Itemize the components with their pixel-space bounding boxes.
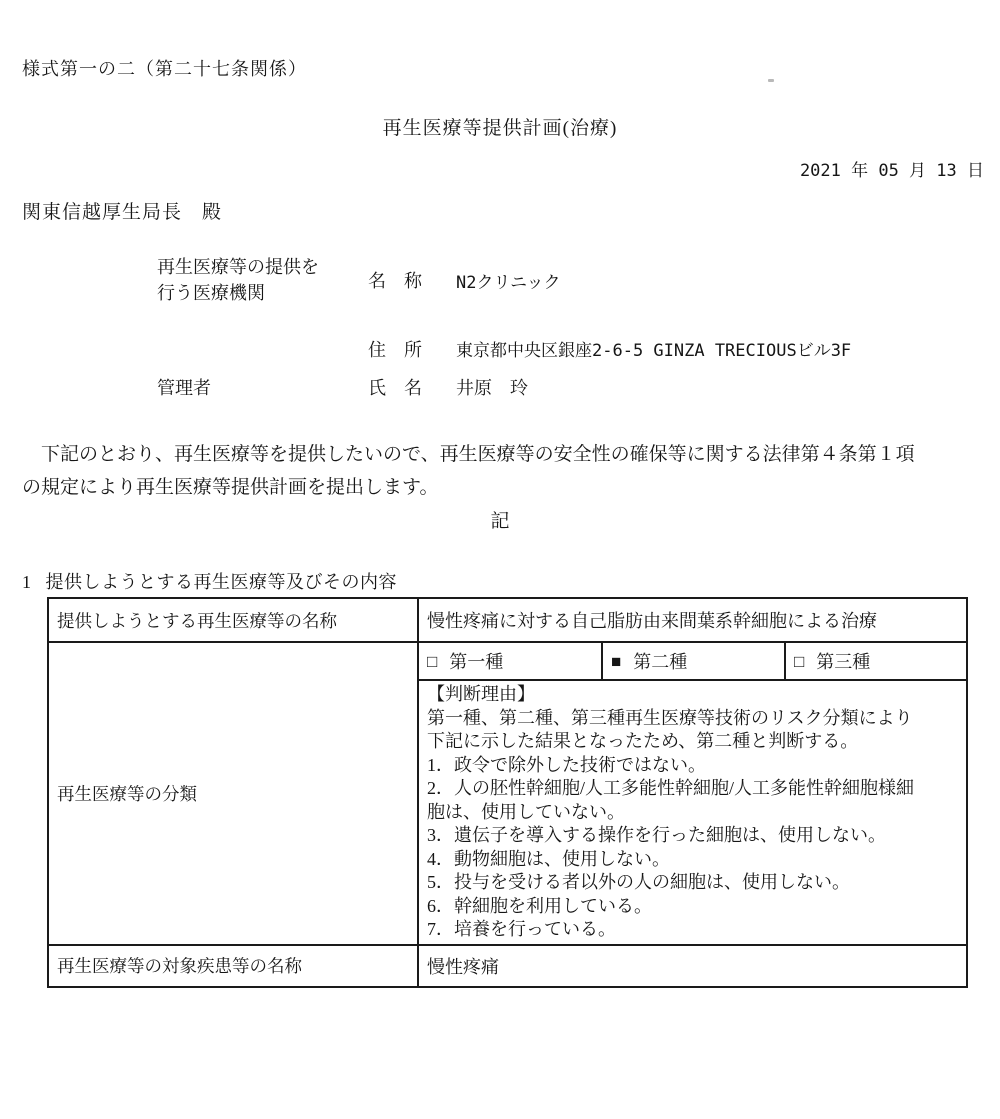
document-date: 2021 年 05 月 13 日 (800, 156, 984, 181)
class-option-type2: ■第二種 (602, 642, 785, 680)
checkbox-checked-icon: ■ (611, 652, 621, 672)
manager-label: 管理者 (157, 374, 368, 400)
judgment-line: 2．人の胚性幹細胞/人工多能性幹細胞/人工多能性幹細胞様細胞は、使用していない。 (427, 777, 915, 824)
checkbox-unchecked-icon: □ (794, 652, 804, 672)
disease-row-label: 再生医療等の対象疾患等の名称 (48, 945, 418, 987)
judgment-line: 5．投与を受ける者以外の人の細胞は、使用しない。 (427, 871, 915, 895)
class-option-type1: □第一種 (418, 642, 602, 680)
class-option-type3-label: 第三種 (816, 652, 870, 672)
manager-name-label: 氏 名 (368, 374, 456, 400)
class-option-type2-label: 第二種 (633, 652, 687, 672)
judgment-line: 第一種、第二種、第三種再生医療等技術のリスク分類により下記に示した結果となったた… (427, 707, 915, 754)
table-row-classification: 再生医療等の分類 □第一種 ■第二種 □第三種 (48, 642, 967, 680)
class-option-type1-label: 第一種 (449, 652, 503, 672)
address-label: 住 所 (368, 336, 456, 362)
section1-heading: 1提供しようとする再生医療等及びその内容 (22, 568, 397, 594)
judgment-line: 6．幹細胞を利用している。 (427, 895, 915, 919)
ki-heading: 記 (0, 506, 1000, 533)
judgment-line: 3．遺伝子を導入する操作を行った細胞は、使用しない。 (427, 824, 915, 848)
section1-number: 1 (22, 572, 32, 592)
institution-label-line2: 行う医療機関 (157, 280, 368, 306)
provider-info-block: 再生医療等の提供を 行う医療機関 名 称 N2クリニック 住 所 東京都中央区銀… (157, 254, 987, 400)
institution-label: 再生医療等の提供を 行う医療機関 (157, 254, 368, 306)
addressee-line: 関東信越厚生局長 殿 (22, 197, 222, 224)
judgment-line: 7．培養を行っている。 (427, 918, 915, 942)
judgment-cell: 【判断理由】 第一種、第二種、第三種再生医療等技術のリスク分類により下記に示した… (418, 680, 967, 945)
checkbox-unchecked-icon: □ (427, 652, 437, 672)
judgment-title: 【判断理由】 (427, 683, 915, 707)
name-value: N2クリニック (456, 254, 987, 306)
section1-table: 提供しようとする再生医療等の名称 慢性疼痛に対する自己脂肪由来間葉系幹細胞による… (47, 597, 968, 988)
name-row-value: 慢性疼痛に対する自己脂肪由来間葉系幹細胞による治療 (418, 598, 967, 642)
institution-label-line1: 再生医療等の提供を (157, 254, 368, 280)
name-label: 名 称 (368, 254, 456, 306)
manager-name-value: 井原 玲 (456, 374, 987, 400)
classification-row-label: 再生医療等の分類 (48, 642, 418, 945)
judgment-line: 1．政令で除外した技術ではない。 (427, 754, 915, 778)
form-number: 様式第一の二（第二十七条関係） (22, 55, 307, 81)
name-row-label: 提供しようとする再生医療等の名称 (48, 598, 418, 642)
page-title: 再生医療等提供計画(治療) (0, 113, 1000, 140)
address-value: 東京都中央区銀座2-6-5 GINZA TRECIOUSビル3F (456, 336, 987, 362)
declaration-paragraph: 下記のとおり、再生医療等を提供したいので、再生医療等の安全性の確保等に関する法律… (22, 438, 927, 504)
class-option-type3: □第三種 (785, 642, 967, 680)
judgment-block: 【判断理由】 第一種、第二種、第三種再生医療等技術のリスク分類により下記に示した… (427, 683, 915, 942)
scan-artifact (768, 79, 774, 82)
document-page: 様式第一の二（第二十七条関係） 再生医療等提供計画(治療) 2021 年 05 … (0, 0, 1000, 1119)
spacer (157, 336, 368, 362)
table-row-name: 提供しようとする再生医療等の名称 慢性疼痛に対する自己脂肪由来間葉系幹細胞による… (48, 598, 967, 642)
judgment-line: 4．動物細胞は、使用しない。 (427, 848, 915, 872)
disease-row-value: 慢性疼痛 (418, 945, 967, 987)
section1-title: 提供しようとする再生医療等及びその内容 (46, 572, 398, 592)
table-row-disease: 再生医療等の対象疾患等の名称 慢性疼痛 (48, 945, 967, 987)
